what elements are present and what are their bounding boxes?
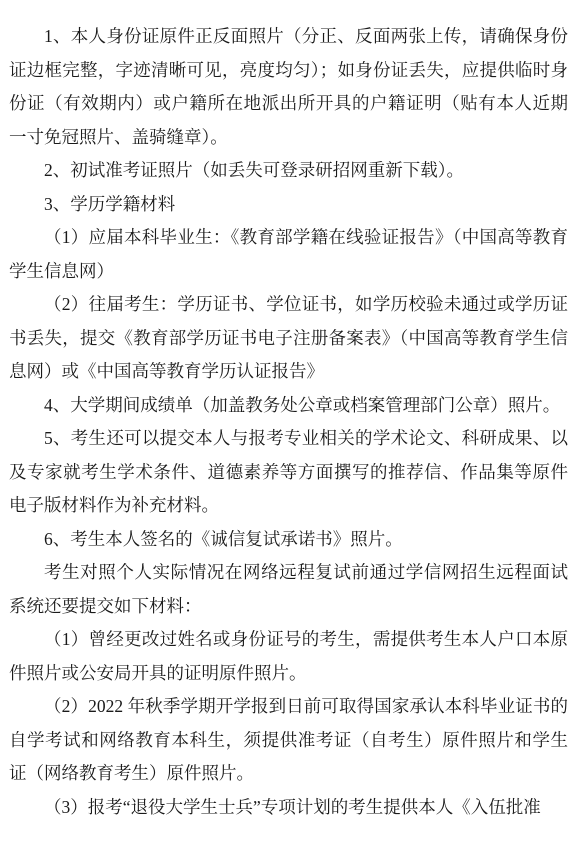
para-add3-veteran-soldier-plan: （3）报考“退役大学生士兵”专项计划的考生提供本人《入伍批准 [9,791,568,825]
para-item3-education-records-heading: 3、学历学籍材料 [9,188,568,222]
para-item6-integrity-commitment: 6、考生本人签名的《诚信复试承诺书》照片。 [9,523,568,557]
para-additional-materials-intro: 考生对照个人实际情况在网络远程复试前通过学信网招生远程面试系统还要提交如下材料： [9,556,568,623]
para-item5-supplementary-materials: 5、考生还可以提交本人与报考专业相关的学术论文、科研成果、以及专家就考生学术条件… [9,422,568,523]
para-item3-1-current-graduates: （1）应届本科毕业生：《教育部学籍在线验证报告》（中国高等教育学生信息网） [9,221,568,288]
para-item1-id-card-photos: 1、本人身份证原件正反面照片（分正、反面两张上传，请确保身份证边框完整，字迹清晰… [9,20,568,154]
para-item3-2-previous-graduates: （2）往届考生：学历证书、学位证书，如学历校验未通过或学历证书丢失，提交《教育部… [9,288,568,389]
document-page: 1、本人身份证原件正反面照片（分正、反面两张上传，请确保身份证边框完整，字迹清晰… [0,0,578,853]
para-item4-transcript: 4、大学期间成绩单（加盖教务处公章或档案管理部门公章）照片。 [9,389,568,423]
para-item2-admission-ticket-photo: 2、初试准考证照片（如丢失可登录研招网重新下载）。 [9,154,568,188]
para-add2-self-study-students: （2）2022 年秋季学期开学报到日前可取得国家承认本科毕业证书的自学考试和网络… [9,690,568,791]
para-add1-name-change: （1）曾经更改过姓名或身份证号的考生，需提供考生本人户口本原件照片或公安局开具的… [9,623,568,690]
